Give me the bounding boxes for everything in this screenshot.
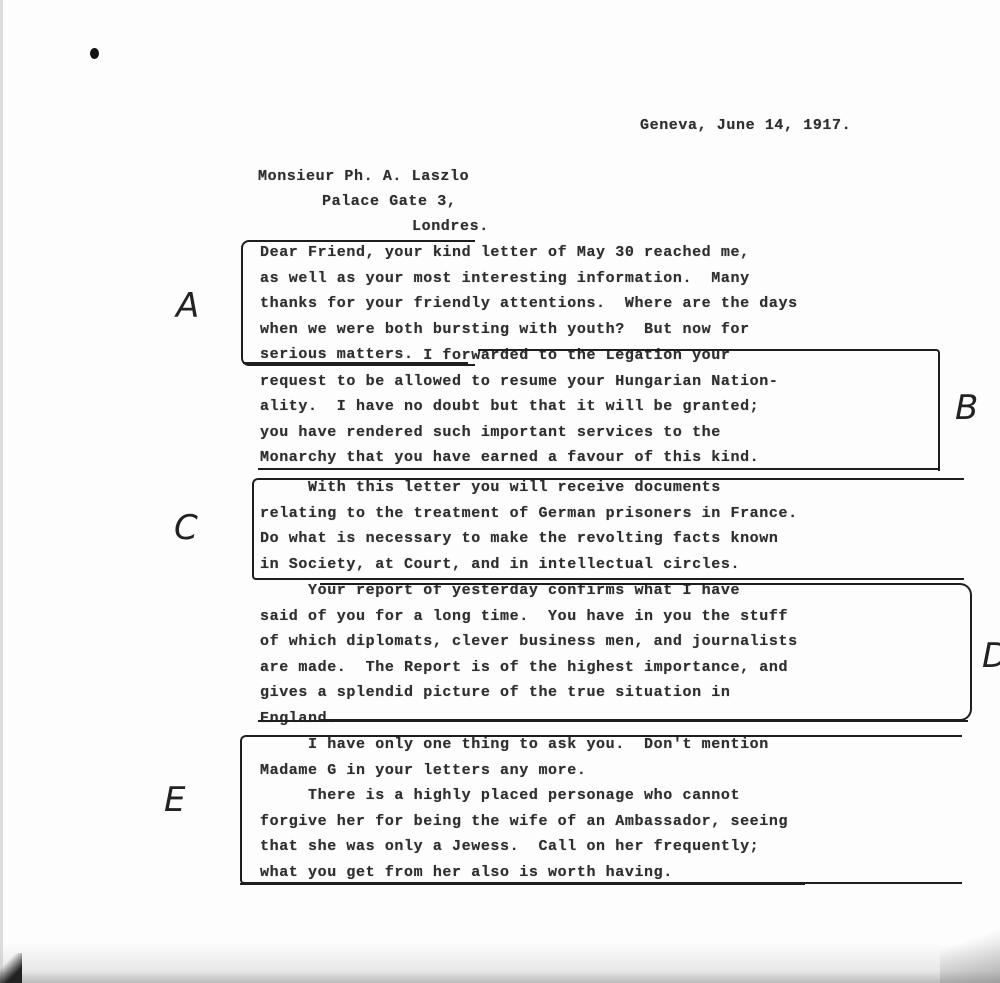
page-corner-shadow-left [0, 953, 22, 983]
paragraph-line: as well as your most interesting informa… [260, 266, 798, 292]
paragraph-line: when we were both bursting with youth? B… [260, 317, 798, 343]
handdrawn-bracket-b-underline [258, 468, 938, 470]
dateline: Geneva, June 14, 1917. [640, 113, 851, 139]
page-edge-shadow [0, 0, 3, 983]
page-bottom-scan-shadow [0, 943, 1000, 983]
margin-label-e: E [164, 780, 185, 820]
margin-label-a: A [176, 286, 199, 326]
paragraph-line: relating to the treatment of German pris… [260, 501, 798, 527]
paragraph-e: I have only one thing to ask you. Don't … [260, 732, 788, 886]
paragraph-line: in Society, at Court, and in intellectua… [260, 552, 798, 578]
paragraph-line: you have rendered such important service… [260, 420, 778, 446]
paragraph-line: that she was only a Jewess. Call on her … [260, 834, 788, 860]
paragraph-line: With this letter you will receive docume… [260, 475, 798, 501]
paragraph-line: request to be allowed to resume your Hun… [260, 369, 778, 395]
paragraph-line: forgive her for being the wife of an Amb… [260, 809, 788, 835]
paragraph-line: gives a splendid picture of the true sit… [260, 680, 798, 706]
paragraph-line: Madame G in your letters any more. [260, 758, 788, 784]
margin-label-b: B [955, 388, 978, 428]
handdrawn-bracket-e-underline [240, 883, 805, 885]
ink-blot [90, 48, 99, 59]
paragraph-line: what you get from her also is worth havi… [260, 860, 788, 886]
address-line-street: Palace Gate 3, [322, 189, 456, 215]
paragraph-line: England. [260, 706, 798, 732]
address-line-recipient: Monsieur Ph. A. Laszlo [258, 164, 469, 190]
paragraph-line: I forwarded to the Legation your [260, 343, 778, 369]
paragraph-line: I have only one thing to ask you. Don't … [260, 732, 788, 758]
paragraph-line: ality. I have no doubt but that it will … [260, 394, 778, 420]
handdrawn-bracket-a-underline [243, 362, 468, 364]
paragraph-line: Dear Friend, your kind letter of May 30 … [260, 240, 798, 266]
paragraph-line: thanks for your friendly attentions. Whe… [260, 291, 798, 317]
address-line-city: Londres. [412, 214, 489, 240]
paragraph-line: said of you for a long time. You have in… [260, 604, 798, 630]
margin-label-c: C [174, 508, 198, 548]
paragraph-line: of which diplomats, clever business men,… [260, 629, 798, 655]
paragraph-d: Your report of yesterday confirms what I… [260, 578, 798, 732]
handdrawn-bracket-d-underline [258, 720, 968, 722]
paragraph-line: Your report of yesterday confirms what I… [260, 578, 798, 604]
paragraph-line: There is a highly placed personage who c… [260, 783, 788, 809]
margin-label-d: D [982, 636, 1000, 676]
scanned-letter-page: Geneva, June 14, 1917. Monsieur Ph. A. L… [0, 0, 1000, 983]
paragraph-c: With this letter you will receive docume… [260, 475, 798, 577]
paragraph-line: are made. The Report is of the highest i… [260, 655, 798, 681]
paragraph-line: Do what is necessary to make the revolti… [260, 526, 798, 552]
page-corner-shadow-right [940, 913, 1000, 983]
